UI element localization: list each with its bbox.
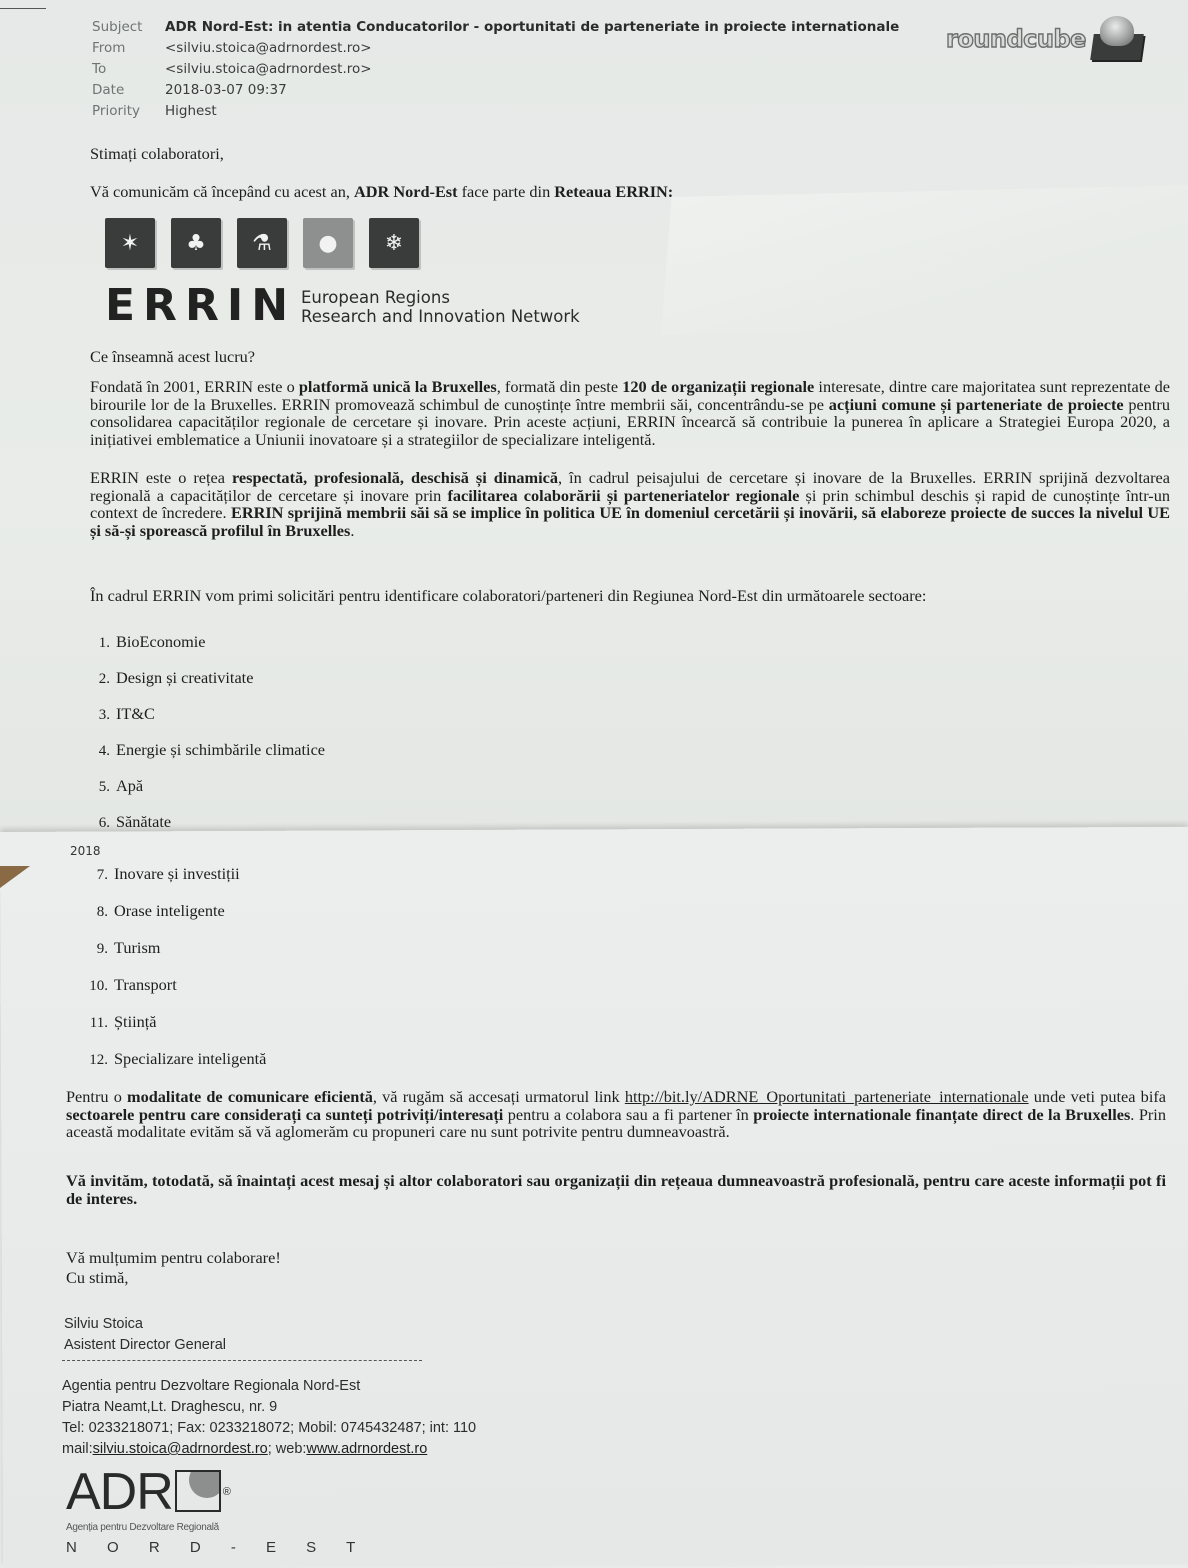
paragraph-link: Pentru o modalitate de comunicare eficie… xyxy=(66,1088,1166,1141)
page-edge-line xyxy=(0,8,46,9)
sector-list-item: 11.Știință xyxy=(80,1012,157,1032)
sector-list-item: 7.Inovare și investiții xyxy=(80,864,240,884)
paragraph-about-errin: Fondată în 2001, ERRIN este o platformă … xyxy=(90,378,1170,448)
snowflake-icon: ❄ xyxy=(369,218,419,268)
errin-tagline: European Regions Research and Innovation… xyxy=(301,288,580,326)
subject-label: Subject xyxy=(92,19,165,35)
sector-list-item: 2.Design și creativitate xyxy=(82,668,253,688)
to-label: To xyxy=(92,61,165,77)
signature-web-link[interactable]: www.adrnordest.ro xyxy=(306,1441,427,1457)
adr-logo: ADR® Agenția pentru Dezvoltare Regională… xyxy=(66,1468,368,1556)
date-label: Date xyxy=(92,82,165,98)
regards-line: Cu stimă, xyxy=(66,1268,281,1288)
adr-letters: ADR xyxy=(66,1468,173,1516)
sector-list-item: 3.IT&C xyxy=(82,704,155,724)
email-subject: ADR Nord-Est: in atentia Conducatorilor … xyxy=(165,19,899,35)
signature-name-block: Silviu Stoica Asistent Director General xyxy=(64,1314,226,1356)
sector-list-item: 8.Orase inteligente xyxy=(80,901,225,921)
adr-square-icon xyxy=(175,1470,221,1512)
paragraph-errin-network: ERRIN este o rețea respectată, profesion… xyxy=(90,469,1170,539)
sector-list-item: 5.Apă xyxy=(82,776,143,796)
adr-region: N O R D - E S T xyxy=(66,1539,368,1556)
signature-address: Piatra Neamt,Lt. Draghescu, nr. 9 xyxy=(62,1397,476,1418)
sector-list-item: 9.Turism xyxy=(80,938,160,958)
errin-logo: ✶ ♣ ⚗ ● ❄ ERRIN European Regions Researc… xyxy=(105,218,419,268)
email-to[interactable]: <silviu.stoica@adrnordest.ro> xyxy=(165,61,372,77)
signature-email-link[interactable]: silviu.stoica@adrnordest.ro xyxy=(93,1441,268,1457)
table-surface xyxy=(0,866,30,888)
priority-label: Priority xyxy=(92,103,165,119)
email-date: 2018-03-07 09:37 xyxy=(165,82,287,98)
tree-icon: ♣ xyxy=(171,218,221,268)
signature-divider xyxy=(62,1360,422,1361)
thanks-line: Vă mulțumim pentru colaborare! xyxy=(66,1248,281,1268)
roundcube-cube-icon xyxy=(1090,14,1146,64)
flask-icon: ⚗ xyxy=(237,218,287,268)
sector-list-item: 6.Sănătate xyxy=(82,812,171,832)
greeting: Stimați colaboratori, xyxy=(90,145,224,163)
stars-icon: ✶ xyxy=(105,218,155,268)
adr-subtitle: Agenția pentru Dezvoltare Regională xyxy=(66,1522,368,1533)
person-icon: ● xyxy=(303,218,353,268)
signature-name: Silviu Stoica xyxy=(64,1314,226,1335)
sector-list-item: 10.Transport xyxy=(80,975,177,995)
signature-role: Asistent Director General xyxy=(64,1335,226,1356)
signature-phones: Tel: 0233218071; Fax: 0233218072; Mobil:… xyxy=(62,1418,476,1439)
roundcube-wordmark: roundcube xyxy=(946,25,1086,53)
signature-contact-block: Agentia pentru Dezvoltare Regionala Nord… xyxy=(62,1376,476,1460)
email-from[interactable]: <silviu.stoica@adrnordest.ro> xyxy=(165,40,372,56)
intro-paragraph: Vă comunicăm că începând cu acest an, AD… xyxy=(90,183,673,201)
sector-list-item: 4.Energie și schimbările climatice xyxy=(82,740,325,760)
paper-fold xyxy=(650,185,1188,335)
sector-list-item: 1.BioEconomie xyxy=(82,632,206,652)
survey-link[interactable]: http://bit.ly/ADRNE_Oportunitati_partene… xyxy=(625,1087,1029,1106)
sectors-intro: În cadrul ERRIN vom primi solicitări pen… xyxy=(90,587,926,605)
errin-wordmark: ERRIN xyxy=(105,284,296,328)
closing: Vă mulțumim pentru colaborare! Cu stimă, xyxy=(66,1248,281,1288)
print-footer-year: 2018 xyxy=(70,844,101,858)
sector-list-item: 12.Specializare inteligentă xyxy=(80,1049,266,1069)
invite-paragraph: Vă invităm, totodată, să înaintați acest… xyxy=(66,1172,1166,1207)
from-label: From xyxy=(92,40,165,56)
roundcube-logo: roundcube xyxy=(946,14,1146,64)
email-priority: Highest xyxy=(165,103,217,119)
email-header: SubjectADR Nord-Est: in atentia Conducat… xyxy=(92,16,899,121)
signature-org: Agentia pentru Dezvoltare Regionala Nord… xyxy=(62,1376,476,1397)
question-line: Ce înseamnă acest lucru? xyxy=(90,348,255,366)
